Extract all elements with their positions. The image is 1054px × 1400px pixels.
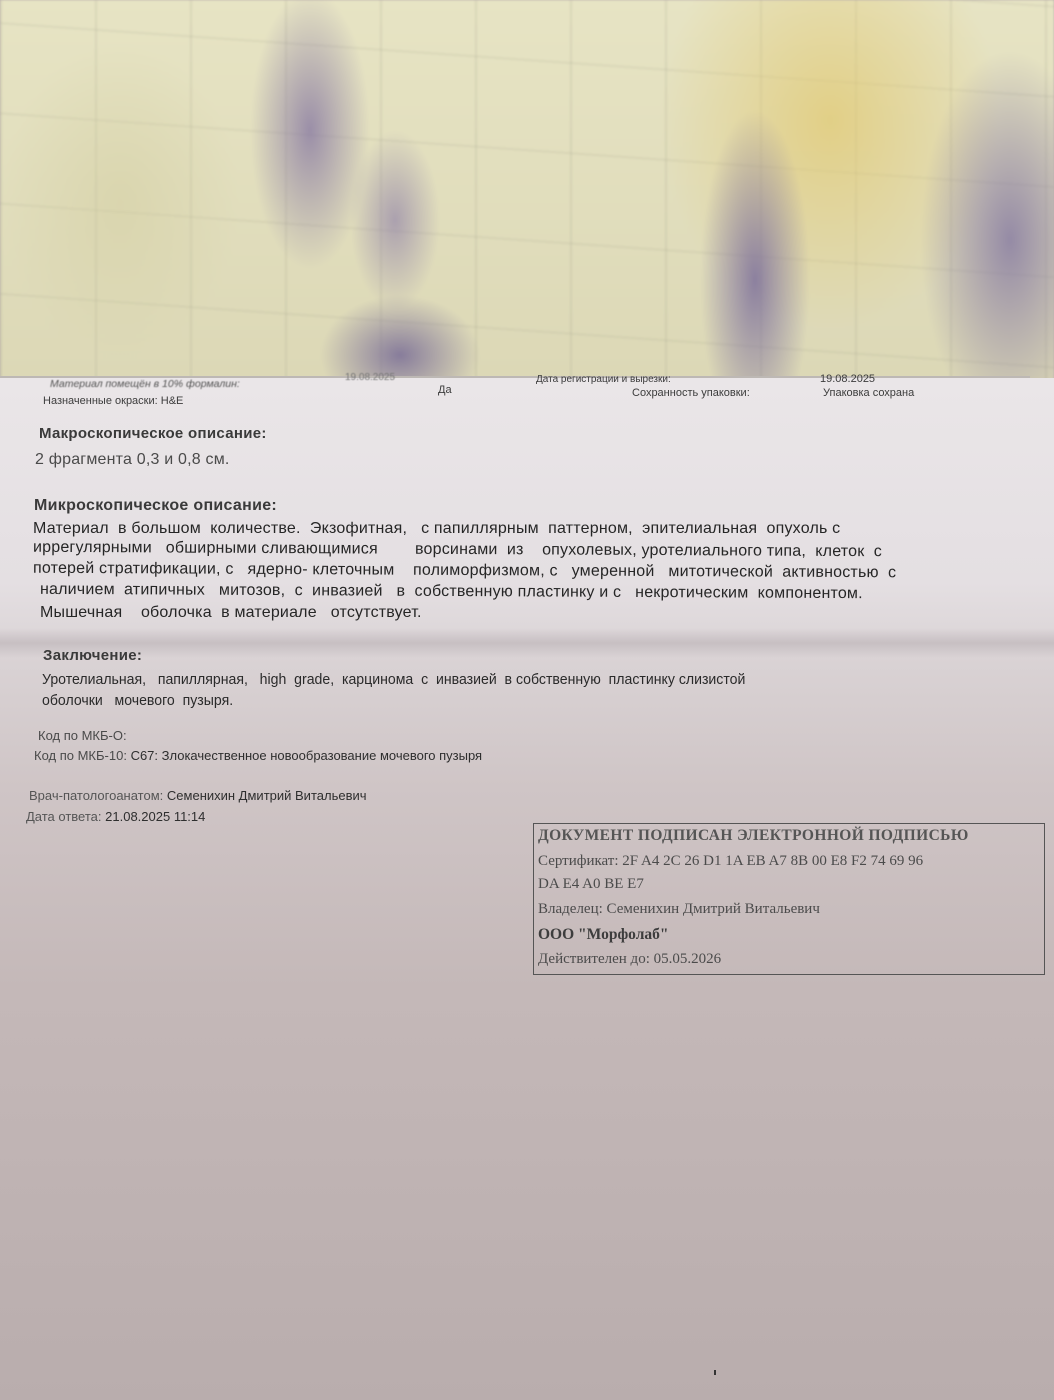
stains-row: Назначенные окраски: H&E [43, 395, 183, 407]
packaging-label: Сохранность упаковки: [632, 387, 750, 399]
micro-heading: Микроскопическое описание: [34, 497, 277, 515]
date-value: 21.08.2025 11:14 [105, 809, 205, 824]
formalin-label: Материал помещён в 10% формалин: [50, 378, 240, 390]
fabric-background [0, 0, 1054, 385]
doctor-name: Семенихин Дмитрий Витальевич [167, 788, 367, 803]
conclusion-heading: Заключение: [43, 647, 142, 664]
owner-label: Владелец: [538, 901, 603, 917]
conclusion-line: оболочки мочевого пузыря. [42, 692, 233, 709]
certificate-line2: DA E4 A0 BE E7 [538, 876, 644, 893]
registration-value: 19.08.2025 [820, 373, 875, 385]
conclusion-line: Уротелиальная, папиллярная, high grade, … [42, 671, 745, 688]
paper-fold-shadow [0, 628, 1054, 658]
certificate-line1: 2F A4 2C 26 D1 1A EB A7 8B 00 E8 F2 74 6… [622, 853, 923, 869]
date-row: Дата ответа: 21.08.2025 11:14 [26, 809, 205, 824]
doctor-label: Врач-патологоанатом: [29, 788, 163, 803]
icd10-value: C67: Злокачественное новообразование моч… [131, 748, 483, 763]
doctor-row: Врач-патологоанатом: Семенихин Дмитрий В… [29, 788, 367, 803]
e-signature-title: ДОКУМЕНТ ПОДПИСАН ЭЛЕКТРОННОЙ ПОДПИСЬЮ [538, 827, 969, 845]
valid-row: Действителен до: 05.05.2026 [538, 951, 721, 968]
formalin-date: 19.08.2025 [345, 372, 395, 383]
micro-line: Материал в большом количестве. Экзофитна… [33, 520, 840, 538]
icd10-label: Код по МКБ-10: [34, 748, 127, 763]
certificate-label: Сертификат: [538, 853, 619, 869]
owner-name: Семенихин Дмитрий Витальевич [607, 901, 820, 917]
registration-label: Дата регистрации и вырезки: [536, 374, 671, 385]
organization: ООО "Морфолаб" [538, 926, 669, 944]
date-label: Дата ответа: [26, 809, 102, 824]
certificate-row: Сертификат: 2F A4 2C 26 D1 1A EB A7 8B 0… [538, 853, 923, 870]
icd10-row: Код по МКБ-10: C67: Злокачественное ново… [34, 748, 482, 763]
icdo-label: Код по МКБ-О: [38, 728, 127, 743]
valid-label: Действителен до: [538, 951, 650, 967]
valid-until: 05.05.2026 [654, 951, 722, 967]
e-signature-stamp: ДОКУМЕНТ ПОДПИСАН ЭЛЕКТРОННОЙ ПОДПИСЬЮ С… [533, 823, 1045, 975]
owner-row: Владелец: Семенихин Дмитрий Витальевич [538, 901, 820, 918]
macro-text: 2 фрагмента 0,3 и 0,8 см. [35, 451, 230, 469]
micro-line: Мышечная оболочка в материале отсутствуе… [40, 604, 422, 622]
packaging-value: Упаковка сохрана [823, 387, 914, 399]
icdo-row: Код по МКБ-О: [38, 728, 127, 743]
stains-value: H&E [161, 395, 184, 407]
paper-speck [714, 1370, 716, 1375]
macro-heading: Макроскопическое описание: [39, 425, 267, 442]
stains-label: Назначенные окраски: [43, 395, 158, 407]
formalin-value: Да [438, 384, 452, 396]
